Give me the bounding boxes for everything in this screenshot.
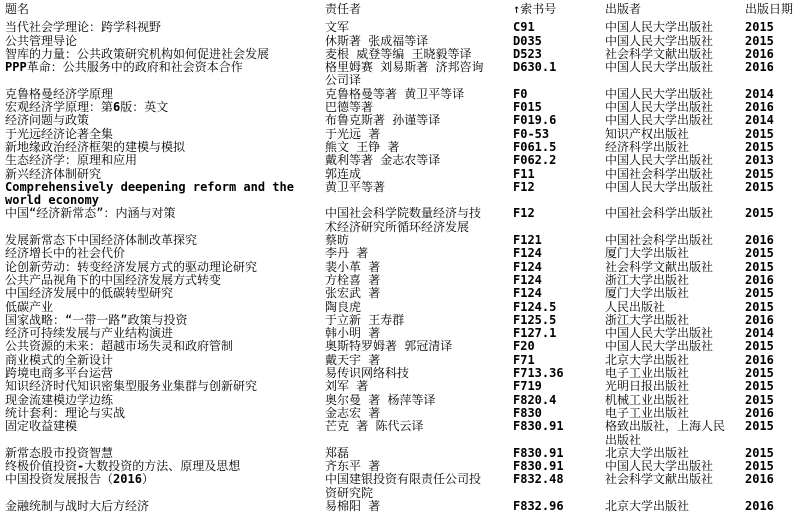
column-header-date[interactable]: 出版日期 [745,3,795,21]
cell-call-number: F830.91 [513,447,605,460]
cell-book-author: 裴小革 著 [325,261,513,274]
cell-publisher: 中国人民大学出版社 [605,114,745,127]
cell-call-number: F20 [513,340,605,353]
cell-publication-year: 2015 [745,367,795,380]
table-row: 经济问题与政策 布鲁克斯著 孙谨等译 F019.6 中国人民大学出版社 2014 [5,114,795,127]
cell-publication-year: 2015 [745,394,795,407]
table-row: 当代社会学理论：跨学科视野 文军 C91 中国人民大学出版社 2015 [5,21,795,34]
cell-call-number: D630.1 [513,61,605,88]
cell-book-title: 经济增长中的社会代价 [5,247,325,260]
cell-book-title: 生态经济学：原理和应用 [5,154,325,167]
table-row: PPP革命：公共服务中的政府和社会资本合作 格里姆赛 刘易斯著 济邦咨询公司译 … [5,61,795,88]
table-row: 新兴经济体制研究 郭连成 F11 中国社会科学出版社 2015 [5,168,795,181]
table-row: 公共资源的未来：超越市场失灵和政府管制 奥斯特罗姆著 郭冠清译 F20 中国人民… [5,340,795,353]
column-header-author[interactable]: 责任者 [325,3,513,21]
cell-call-number: F713.36 [513,367,605,380]
cell-publication-year: 2015 [745,460,795,473]
cell-book-title: 经济问题与政策 [5,114,325,127]
column-header-callno-label: 索书号 [520,2,556,16]
cell-publication-year: 2016 [745,61,795,88]
cell-book-title: 低碳产业 [5,301,325,314]
table-row: 生态经济学：原理和应用 戴利等著 金志农等译 F062.2 中国人民大学出版社 … [5,154,795,167]
cell-publication-year: 2013 [745,154,795,167]
cell-book-title: 知识经济时代知识密集型服务业集群与创新研究 [5,380,325,393]
table-row: 中国“经济新常态”：内涵与对策 中国社会科学院数量经济与技术经济研究所循环经济发… [5,207,795,234]
cell-call-number: F015 [513,101,605,114]
cell-publisher: 中国社会科学出版社 [605,207,745,234]
cell-book-title: 现金流建模边学边练 [5,394,325,407]
cell-book-title: 中国“经济新常态”：内涵与对策 [5,207,325,234]
cell-book-title: 公共资源的未来：超越市场失灵和政府管制 [5,340,325,353]
cell-call-number: F121 [513,234,605,247]
cell-book-title: PPP革命：公共服务中的政府和社会资本合作 [5,61,325,88]
cell-publisher: 人民出版社 [605,301,745,314]
cell-publication-year: 2015 [745,207,795,234]
table-row: 中国投资发展报告（2016） 中国建银投资有限责任公司投资研究院 F832.48… [5,473,795,500]
cell-call-number: C91 [513,21,605,34]
cell-publication-year: 2016 [745,101,795,114]
table-row: 低碳产业 陶良虎 F124.5 人民出版社 2015 [5,301,795,314]
cell-publication-year: 2014 [745,88,795,101]
header-row: 题名 责任者 ↑索书号 出版者 出版日期 [5,3,795,21]
cell-call-number: F0-53 [513,128,605,141]
cell-call-number: F127.1 [513,327,605,340]
cell-book-author: 刘军 著 [325,380,513,393]
cell-book-author: 休斯著 张成福等译 [325,35,513,48]
cell-book-title: 论创新劳动：转变经济发展方式的驱动理论研究 [5,261,325,274]
table-row: 经济增长中的社会代价 李丹 著 F124 厦门大学出版社 2015 [5,247,795,260]
cell-publisher: 中国人民大学出版社 [605,21,745,34]
cell-call-number: F71 [513,354,605,367]
cell-publisher: 中国人民大学出版社 [605,154,745,167]
cell-publisher: 社会科学文献出版社 [605,473,745,500]
cell-book-title: 固定收益建模 [5,420,325,447]
table-row: 金融统制与战时大后方经济 易棉阳 著 F832.96 北京大学出版社 2016 [5,500,795,513]
cell-call-number: F124 [513,274,605,287]
cell-book-author: 奥尔曼 著 杨萍等译 [325,394,513,407]
cell-call-number: F820.4 [513,394,605,407]
cell-publication-year: 2014 [745,114,795,127]
table-row: 知识经济时代知识密集型服务业集群与创新研究 刘军 著 F719 光明日报出版社 … [5,380,795,393]
cell-call-number: F830.91 [513,460,605,473]
cell-book-title: 当代社会学理论：跨学科视野 [5,21,325,34]
cell-call-number: F124 [513,247,605,260]
cell-publication-year: 2016 [745,48,795,61]
cell-book-author: 奥斯特罗姆著 郭冠清译 [325,340,513,353]
cell-publisher: 机械工业出版社 [605,394,745,407]
column-header-title[interactable]: 题名 [5,3,325,21]
cell-call-number: F832.48 [513,473,605,500]
cell-publisher: 中国社会科学出版社 [605,168,745,181]
cell-call-number: F125.5 [513,314,605,327]
cell-call-number: D523 [513,48,605,61]
cell-book-author: 于光远 著 [325,128,513,141]
cell-publication-year: 2016 [745,234,795,247]
cell-publication-year: 2015 [745,420,795,447]
cell-publication-year: 2015 [745,181,795,208]
cell-book-title: 金融统制与战时大后方经济 [5,500,325,513]
cell-call-number: F11 [513,168,605,181]
cell-publication-year: 2016 [745,314,795,327]
cell-call-number: F124 [513,261,605,274]
cell-publication-year: 2016 [745,473,795,500]
cell-publication-year: 2016 [745,274,795,287]
cell-book-title: 中国经济发展中的低碳转型研究 [5,287,325,300]
column-header-date-label: 出版日期 [745,2,793,16]
table-row: 中国经济发展中的低碳转型研究 张宏武 著 F124 厦门大学出版社 2015 [5,287,795,300]
cell-book-title: 中国投资发展报告（2016） [5,473,325,500]
table-body: 当代社会学理论：跨学科视野 文军 C91 中国人民大学出版社 2015 公共管理… [5,21,795,513]
cell-publication-year: 2015 [745,247,795,260]
cell-publication-year: 2016 [745,407,795,420]
cell-book-author: 陶良虎 [325,301,513,314]
cell-call-number: F124.5 [513,301,605,314]
cell-publication-year: 2016 [745,354,795,367]
cell-publication-year: 2015 [745,35,795,48]
cell-publication-year: 2015 [745,261,795,274]
cell-publisher: 格致出版社，上海人民出版社 [605,420,745,447]
cell-publisher: 知识产权出版社 [605,128,745,141]
column-header-publisher[interactable]: 出版者 [605,3,745,21]
column-header-author-label: 责任者 [325,2,361,16]
cell-book-author: 格里姆赛 刘易斯著 济邦咨询公司译 [325,61,513,88]
cell-book-author: 戴利等著 金志农等译 [325,154,513,167]
cell-call-number: F719 [513,380,605,393]
column-header-publisher-label: 出版者 [605,2,641,16]
cell-publication-year: 2016 [745,500,795,513]
table-row: 现金流建模边学边练 奥尔曼 著 杨萍等译 F820.4 机械工业出版社 2015 [5,394,795,407]
catalog-results-table: 题名 责任者 ↑索书号 出版者 出版日期 当代社会学理论：跨学科视野 文军 C9… [5,3,795,513]
cell-publication-year: 2014 [745,327,795,340]
column-header-title-label: 题名 [5,2,29,16]
cell-call-number: F0 [513,88,605,101]
table-row: 论创新劳动：转变经济发展方式的驱动理论研究 裴小革 著 F124 社会科学文献出… [5,261,795,274]
cell-publisher: 社会科学文献出版社 [605,261,745,274]
cell-book-author: 黄卫平等著 [325,181,513,208]
column-header-callno[interactable]: ↑索书号 [513,3,605,21]
cell-call-number: F12 [513,181,605,208]
cell-publisher: 厦门大学出版社 [605,247,745,260]
cell-publisher: 厦门大学出版社 [605,287,745,300]
cell-book-author: 中国建银投资有限责任公司投资研究院 [325,473,513,500]
cell-publication-year: 2015 [745,21,795,34]
cell-publication-year: 2015 [745,287,795,300]
cell-publisher: 中国人民大学出版社 [605,35,745,48]
cell-book-author: 张宏武 著 [325,287,513,300]
cell-publication-year: 2015 [745,168,795,181]
cell-call-number: F061.5 [513,141,605,154]
table-row: 固定收益建模 芒克 著 陈代云译 F830.91 格致出版社，上海人民出版社 2… [5,420,795,447]
cell-book-author: 郭连成 [325,168,513,181]
cell-publication-year: 2015 [745,301,795,314]
table-row: 于光远经济论著全集 于光远 著 F0-53 知识产权出版社 2015 [5,128,795,141]
cell-book-author: 芒克 著 陈代云译 [325,420,513,447]
cell-book-author: 布鲁克斯著 孙谨等译 [325,114,513,127]
cell-book-title: 于光远经济论著全集 [5,128,325,141]
cell-publisher: 中国人民大学出版社 [605,61,745,88]
cell-call-number: F12 [513,207,605,234]
cell-publisher: 北京大学出版社 [605,500,745,513]
cell-publication-year: 2015 [745,447,795,460]
cell-publication-year: 2015 [745,141,795,154]
table-row: 公共管理导论 休斯著 张成福等译 D035 中国人民大学出版社 2015 [5,35,795,48]
cell-call-number: F062.2 [513,154,605,167]
cell-publisher: 中国人民大学出版社 [605,181,745,208]
cell-call-number: F124 [513,287,605,300]
cell-publication-year: 2015 [745,340,795,353]
cell-call-number: F830 [513,407,605,420]
cell-book-author: 李丹 著 [325,247,513,260]
cell-publication-year: 2015 [745,128,795,141]
cell-publisher: 光明日报出版社 [605,380,745,393]
cell-book-author: 中国社会科学院数量经济与技术经济研究所循环经济发展 [325,207,513,234]
cell-call-number: D035 [513,35,605,48]
table-row: Comprehensively deepening reform and the… [5,181,795,208]
cell-publication-year: 2015 [745,380,795,393]
cell-book-author: 文军 [325,21,513,34]
cell-book-title: Comprehensively deepening reform and the… [5,181,325,208]
cell-publisher: 中国人民大学出版社 [605,340,745,353]
cell-book-title: 公共管理导论 [5,35,325,48]
cell-book-author: 易棉阳 著 [325,500,513,513]
cell-call-number: F832.96 [513,500,605,513]
table-header: 题名 责任者 ↑索书号 出版者 出版日期 [5,3,795,21]
cell-call-number: F019.6 [513,114,605,127]
cell-book-title: 新兴经济体制研究 [5,168,325,181]
cell-call-number: F830.91 [513,420,605,447]
